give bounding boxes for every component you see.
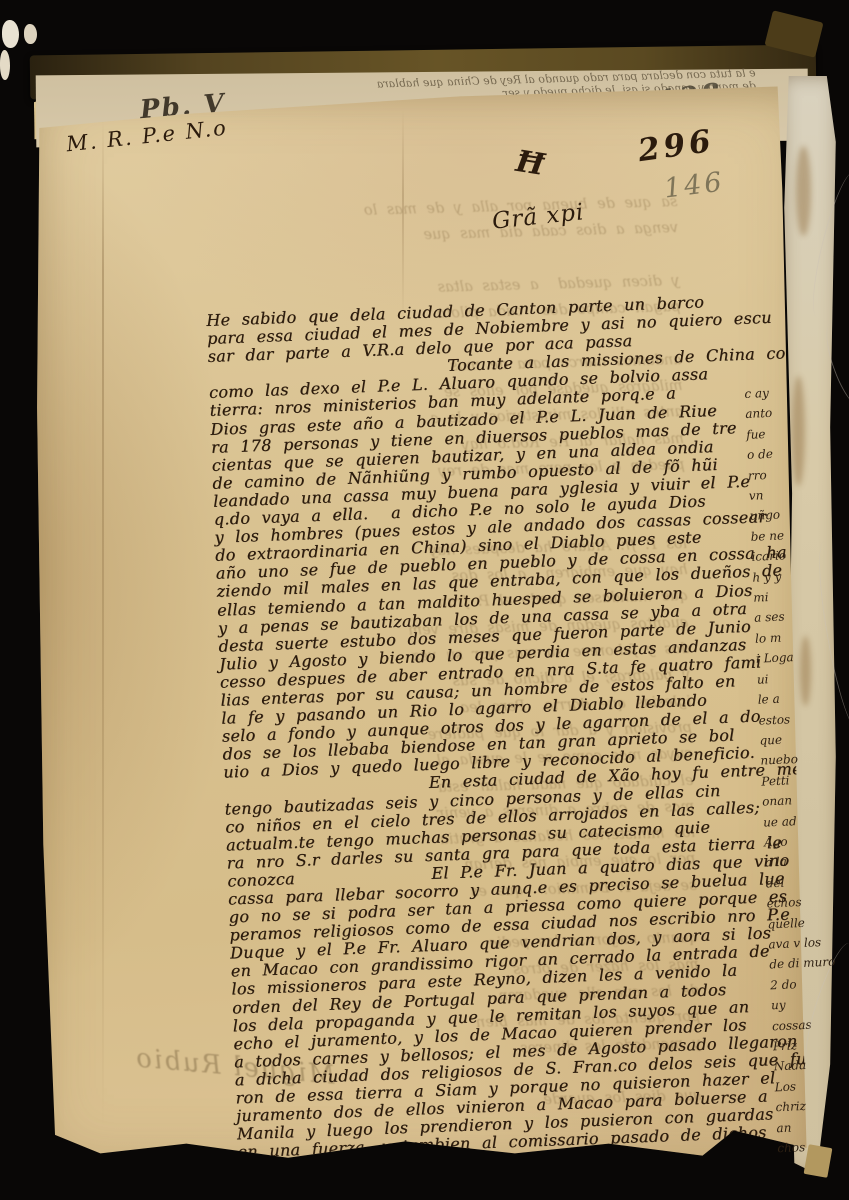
paper-tab bbox=[2, 20, 19, 48]
folio-number-ink: 296 bbox=[636, 123, 717, 169]
manuscript-scan: e la tuta con declara para rado quando a… bbox=[0, 0, 849, 1200]
letter-body-text: He sabido que dela ciudad de Canton part… bbox=[206, 289, 837, 1161]
manuscript-page: M. R. P.e N.o Ħ 296 146 Grã xpi sa que d… bbox=[30, 80, 812, 1172]
cross-mark: Ħ bbox=[513, 144, 546, 183]
torn-paper-wedge bbox=[804, 1144, 833, 1178]
paper-tab bbox=[0, 50, 10, 80]
paper-stain bbox=[796, 146, 811, 236]
paper-tab bbox=[24, 24, 37, 44]
